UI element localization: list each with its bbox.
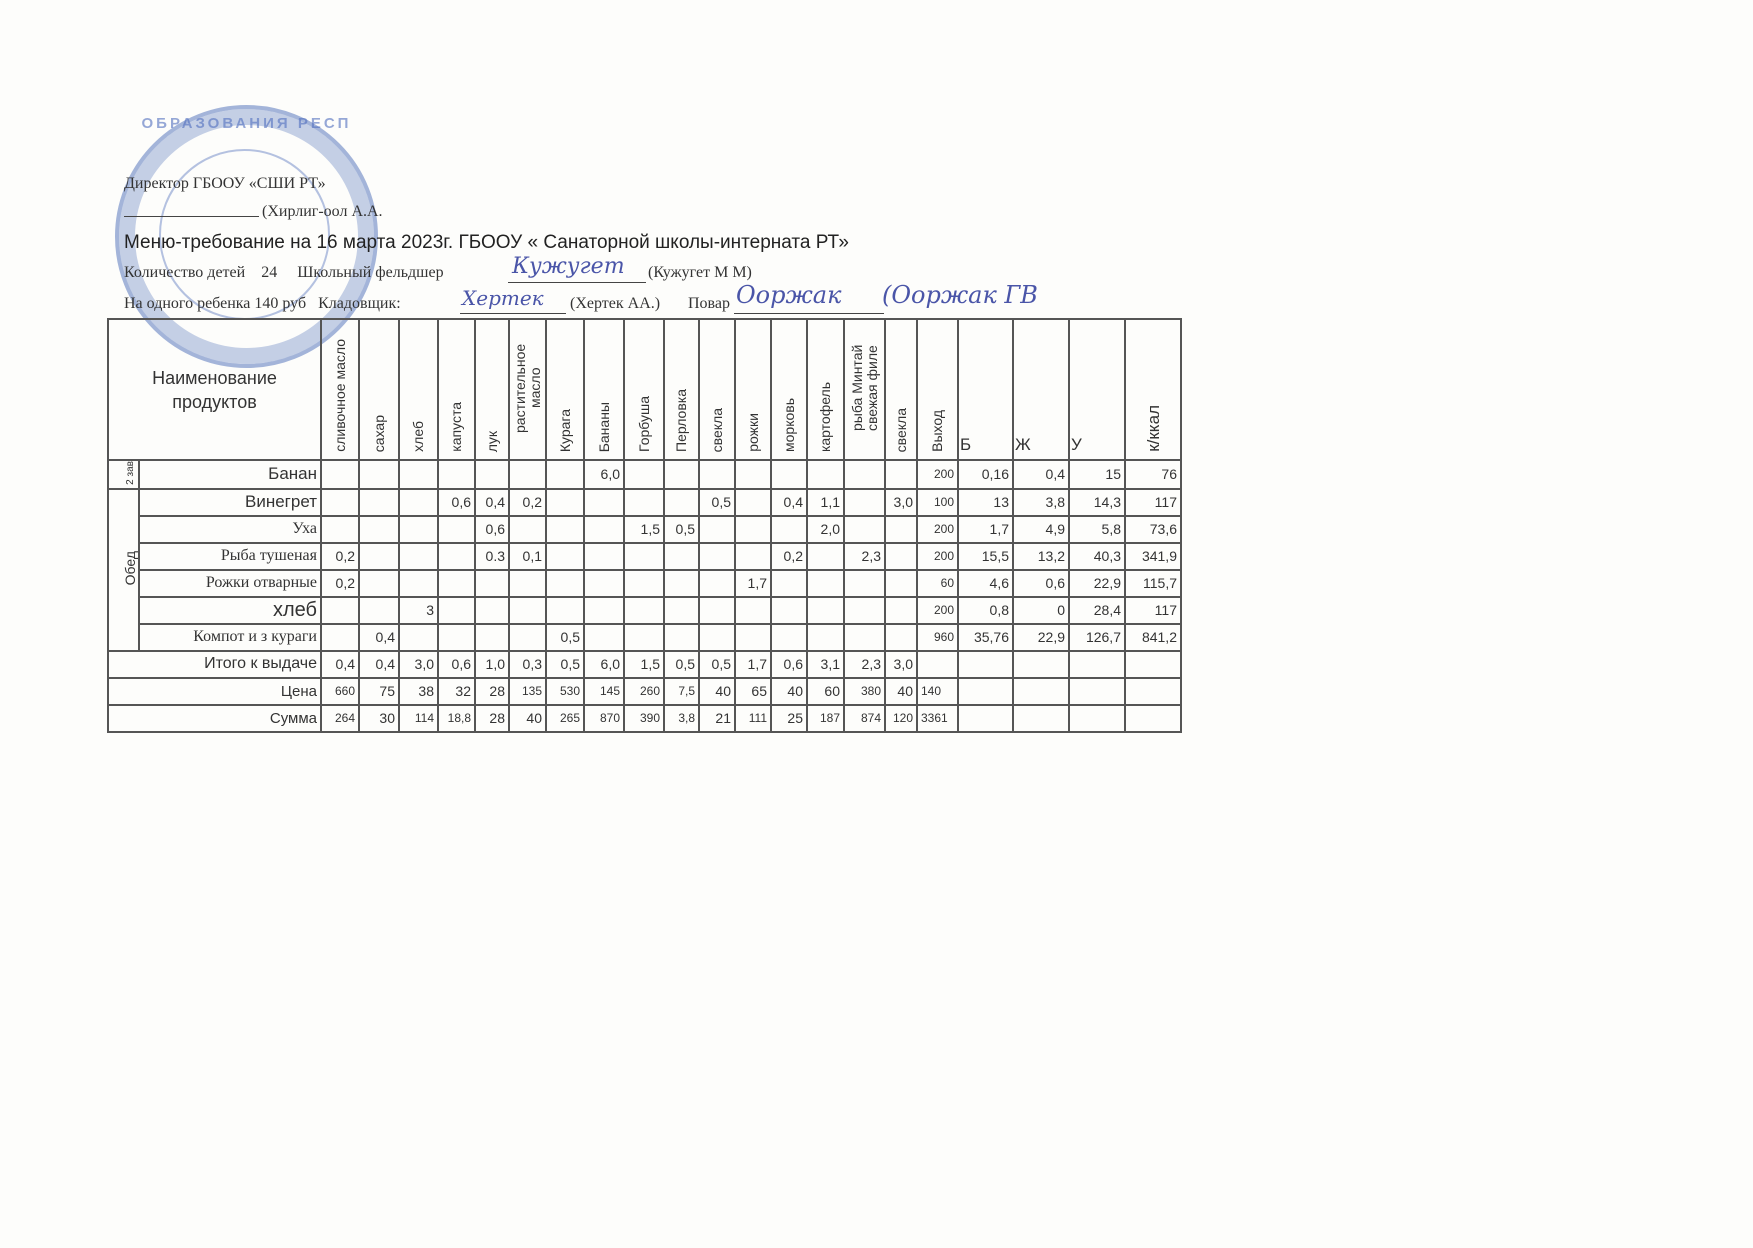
storekeeper-name: (Хертек АА.) xyxy=(570,295,660,313)
product-quantity: 1,5 xyxy=(624,516,664,543)
totals-value: 0,5 xyxy=(664,651,699,678)
medic-signature-line xyxy=(508,282,646,283)
empty-nutrient-cell xyxy=(1125,705,1181,732)
nutrient-value: 13 xyxy=(958,489,1013,516)
product-quantity xyxy=(624,624,664,651)
product-quantity xyxy=(584,489,624,516)
table-row: хлеб32000,8028,4117 xyxy=(108,597,1181,624)
totals-value: 0,3 xyxy=(509,651,546,678)
totals-value: 3,1 xyxy=(807,651,844,678)
product-quantity xyxy=(735,460,771,489)
product-quantity: 2,3 xyxy=(844,543,885,570)
product-quantity xyxy=(699,516,735,543)
table-row: 2 завБанан6,02000,160,41576 xyxy=(108,460,1181,489)
medic-label: Школьный фельдшер xyxy=(297,264,443,281)
product-quantity xyxy=(359,570,399,597)
product-quantity xyxy=(546,570,584,597)
dish-output: 200 xyxy=(917,543,958,570)
price-value: 380 xyxy=(844,678,885,705)
product-quantity xyxy=(438,624,475,651)
product-quantity: 3 xyxy=(399,597,438,624)
product-quantity xyxy=(885,516,917,543)
per-child-line: На одного ребенка 140 руб Кладовщик: xyxy=(124,295,401,313)
product-quantity xyxy=(807,543,844,570)
dish-output: 960 xyxy=(917,624,958,651)
product-quantity xyxy=(771,516,807,543)
product-quantity xyxy=(624,597,664,624)
empty-nutrient-cell xyxy=(1013,678,1069,705)
nutrient-value: 40,3 xyxy=(1069,543,1125,570)
product-quantity: 1,1 xyxy=(807,489,844,516)
document-title: Меню-требование на 16 марта 2023г. ГБООУ… xyxy=(124,232,849,254)
cook-name-handwritten: (Ооржак ГВ xyxy=(882,281,1038,309)
nutrient-value: 841,2 xyxy=(1125,624,1181,651)
totals-output xyxy=(917,651,958,678)
totals-value: 1,5 xyxy=(624,651,664,678)
product-quantity: 0,5 xyxy=(699,489,735,516)
dish-name: Винегрет xyxy=(139,489,321,516)
product-quantity xyxy=(584,597,624,624)
storekeeper-signature: Хертек xyxy=(462,286,544,310)
nutrient-value: 341,9 xyxy=(1125,543,1181,570)
price-value: 40 xyxy=(885,678,917,705)
storekeeper-label: Кладовщик: xyxy=(318,295,401,312)
product-column-header: сахар xyxy=(359,319,399,460)
product-quantity: 0,5 xyxy=(664,516,699,543)
totals-label: Итого к выдаче xyxy=(108,651,321,678)
director-signature-line xyxy=(124,216,259,217)
sum-value: 265 xyxy=(546,705,584,732)
output-column-label: Выход xyxy=(930,410,945,452)
product-quantity xyxy=(885,460,917,489)
product-quantity xyxy=(584,570,624,597)
sum-output: 3361 xyxy=(917,705,958,732)
dish-name: Компот и з кураги xyxy=(139,624,321,651)
cook-label: Повар xyxy=(688,295,730,313)
product-quantity: 0,2 xyxy=(771,543,807,570)
kcal-column-label: к/ккал xyxy=(1146,405,1161,452)
product-quantity: 0,4 xyxy=(475,489,509,516)
product-column-label: рыба Минтай свежая филе xyxy=(850,324,880,452)
product-quantity xyxy=(399,570,438,597)
product-quantity xyxy=(844,624,885,651)
product-column-header: хлеб xyxy=(399,319,438,460)
price-value: 38 xyxy=(399,678,438,705)
cook-signature: Ооржак xyxy=(736,281,841,309)
product-quantity xyxy=(735,543,771,570)
price-value: 28 xyxy=(475,678,509,705)
product-column-label: морковь xyxy=(782,398,797,452)
product-quantity: 0,2 xyxy=(321,570,359,597)
product-quantity xyxy=(475,460,509,489)
product-quantity xyxy=(475,570,509,597)
product-column-header: морковь xyxy=(771,319,807,460)
product-quantity xyxy=(735,597,771,624)
dish-name: хлеб xyxy=(139,597,321,624)
product-quantity xyxy=(546,489,584,516)
product-quantity xyxy=(699,543,735,570)
product-quantity xyxy=(807,597,844,624)
product-quantity xyxy=(359,489,399,516)
product-quantity: 0,1 xyxy=(509,543,546,570)
nutrient-value: 0,8 xyxy=(958,597,1013,624)
sum-value: 21 xyxy=(699,705,735,732)
nutrient-value: 0,6 xyxy=(1013,570,1069,597)
nutrient-value: 5,8 xyxy=(1069,516,1125,543)
per-child-cost: На одного ребенка 140 руб xyxy=(124,295,306,312)
product-quantity xyxy=(438,516,475,543)
product-quantity xyxy=(844,460,885,489)
product-column-label: капуста xyxy=(449,402,464,452)
director-name: (Хирлиг-оол А.А. xyxy=(262,203,383,221)
totals-value: 0,5 xyxy=(546,651,584,678)
product-quantity xyxy=(359,597,399,624)
product-quantity xyxy=(624,460,664,489)
totals-value: 3,0 xyxy=(885,651,917,678)
table-row: Компот и з кураги0,40,596035,7622,9126,7… xyxy=(108,624,1181,651)
product-quantity xyxy=(885,543,917,570)
totals-value: 2,3 xyxy=(844,651,885,678)
price-value: 65 xyxy=(735,678,771,705)
product-quantity xyxy=(735,624,771,651)
product-quantity xyxy=(844,570,885,597)
product-column-label: Курага xyxy=(558,409,573,452)
product-quantity xyxy=(321,624,359,651)
product-quantity xyxy=(664,624,699,651)
sum-label: Сумма xyxy=(108,705,321,732)
kcal-column-header: к/ккал xyxy=(1125,319,1181,460)
nutrient-value: 15,5 xyxy=(958,543,1013,570)
product-quantity xyxy=(475,597,509,624)
sum-value: 390 xyxy=(624,705,664,732)
totals-value: 0,5 xyxy=(699,651,735,678)
children-count: 24 xyxy=(261,264,277,281)
dish-name: Уха xyxy=(139,516,321,543)
product-column-label: растительное масло xyxy=(513,324,543,452)
nutrient-value: 13,2 xyxy=(1013,543,1069,570)
price-label: Цена xyxy=(108,678,321,705)
totals-value: 0,4 xyxy=(321,651,359,678)
price-output: 140 xyxy=(917,678,958,705)
product-quantity xyxy=(359,460,399,489)
product-column-label: лук xyxy=(485,431,500,452)
product-column-label: рожки xyxy=(746,413,761,452)
product-quantity: 0,6 xyxy=(438,489,475,516)
product-quantity xyxy=(771,597,807,624)
product-quantity xyxy=(624,543,664,570)
product-quantity xyxy=(664,489,699,516)
product-column-header: сливочное масло xyxy=(321,319,359,460)
nutrient-value: 0 xyxy=(1013,597,1069,624)
product-column-label: Перловка xyxy=(674,389,689,452)
product-quantity xyxy=(321,460,359,489)
dish-output: 60 xyxy=(917,570,958,597)
meal-group-label: Обед xyxy=(123,551,138,585)
sum-row: Сумма2643011418,828402658703903,82111125… xyxy=(108,705,1181,732)
table-header-row: Наименование продуктов сливочное маслоса… xyxy=(108,319,1181,460)
product-quantity xyxy=(509,624,546,651)
meal-group-cell: Обед xyxy=(108,489,139,651)
product-quantity xyxy=(735,489,771,516)
product-quantity: 0,2 xyxy=(509,489,546,516)
product-quantity xyxy=(624,489,664,516)
product-quantity xyxy=(438,543,475,570)
product-quantity xyxy=(359,543,399,570)
product-quantity xyxy=(399,460,438,489)
product-quantity xyxy=(699,460,735,489)
product-column-label: свекла xyxy=(710,408,725,452)
price-value: 40 xyxy=(699,678,735,705)
dish-output: 200 xyxy=(917,460,958,489)
product-quantity: 0,6 xyxy=(475,516,509,543)
product-quantity xyxy=(807,570,844,597)
sum-value: 28 xyxy=(475,705,509,732)
product-column-label: хлеб xyxy=(411,421,426,452)
product-quantity xyxy=(321,597,359,624)
sum-value: 25 xyxy=(771,705,807,732)
sum-value: 18,8 xyxy=(438,705,475,732)
product-quantity xyxy=(546,597,584,624)
nutrient-value: 15 xyxy=(1069,460,1125,489)
totals-value: 0,6 xyxy=(438,651,475,678)
children-label: Количество детей xyxy=(124,264,245,281)
product-column-header: лук xyxy=(475,319,509,460)
table-body: 2 завБанан6,02000,160,41576ОбедВинегрет0… xyxy=(108,460,1181,732)
empty-nutrient-cell xyxy=(958,705,1013,732)
product-column-label: картофель xyxy=(818,382,833,452)
empty-nutrient-cell xyxy=(958,651,1013,678)
product-quantity: 0,2 xyxy=(321,543,359,570)
totals-row: Итого к выдаче0,40,43,00,61,00,30,56,01,… xyxy=(108,651,1181,678)
empty-nutrient-cell xyxy=(958,678,1013,705)
nutrient-value: 0,16 xyxy=(958,460,1013,489)
product-column-header: рыба Минтай свежая филе xyxy=(844,319,885,460)
nutrient-value: 22,9 xyxy=(1069,570,1125,597)
meal-group-label: 2 зав xyxy=(123,461,138,485)
empty-nutrient-cell xyxy=(1069,651,1125,678)
product-quantity xyxy=(321,516,359,543)
dish-output: 100 xyxy=(917,489,958,516)
sum-value: 30 xyxy=(359,705,399,732)
product-quantity xyxy=(699,624,735,651)
product-quantity xyxy=(844,597,885,624)
nutrient-value: 3,8 xyxy=(1013,489,1069,516)
sum-value: 111 xyxy=(735,705,771,732)
sum-value: 874 xyxy=(844,705,885,732)
product-quantity xyxy=(807,460,844,489)
product-quantity xyxy=(399,489,438,516)
product-column-header: свекла xyxy=(885,319,917,460)
product-quantity xyxy=(771,624,807,651)
price-value: 260 xyxy=(624,678,664,705)
product-quantity xyxy=(321,489,359,516)
nutrient-value: 1,7 xyxy=(958,516,1013,543)
storekeeper-signature-line xyxy=(460,313,566,314)
table-row: Рыба тушеная0,20.30,10,22,320015,513,240… xyxy=(108,543,1181,570)
totals-value: 1,0 xyxy=(475,651,509,678)
product-quantity xyxy=(546,516,584,543)
medic-signature: Кужугет xyxy=(512,254,625,279)
product-quantity: 6,0 xyxy=(584,460,624,489)
product-column-label: сахар xyxy=(372,415,387,452)
product-quantity xyxy=(546,460,584,489)
name-column-header: Наименование продуктов xyxy=(108,319,321,460)
product-quantity xyxy=(885,597,917,624)
price-value: 145 xyxy=(584,678,624,705)
empty-nutrient-cell xyxy=(1125,678,1181,705)
director-line: Директор ГБООУ «СШИ РТ» xyxy=(124,175,326,193)
product-column-header: свекла xyxy=(699,319,735,460)
product-quantity xyxy=(399,624,438,651)
empty-nutrient-cell xyxy=(1013,651,1069,678)
empty-nutrient-cell xyxy=(1125,651,1181,678)
cook-signature-line xyxy=(734,313,884,314)
product-column-header: Курага xyxy=(546,319,584,460)
sum-value: 40 xyxy=(509,705,546,732)
sum-value: 120 xyxy=(885,705,917,732)
dish-name: Рожки отварные xyxy=(139,570,321,597)
dish-name: Рыба тушеная xyxy=(139,543,321,570)
product-column-header: растительное масло xyxy=(509,319,546,460)
nutrient-column-header: У xyxy=(1069,319,1125,460)
price-value: 32 xyxy=(438,678,475,705)
nutrient-column-header: Ж xyxy=(1013,319,1069,460)
product-quantity xyxy=(735,516,771,543)
product-quantity xyxy=(509,516,546,543)
nutrient-value: 28,4 xyxy=(1069,597,1125,624)
product-column-header: картофель xyxy=(807,319,844,460)
product-quantity xyxy=(885,624,917,651)
nutrient-column-header: Б xyxy=(958,319,1013,460)
nutrient-value: 4,9 xyxy=(1013,516,1069,543)
product-quantity xyxy=(624,570,664,597)
sum-value: 114 xyxy=(399,705,438,732)
price-value: 530 xyxy=(546,678,584,705)
product-quantity xyxy=(771,460,807,489)
product-quantity: 0.3 xyxy=(475,543,509,570)
nutrient-value: 126,7 xyxy=(1069,624,1125,651)
empty-nutrient-cell xyxy=(1069,705,1125,732)
totals-value: 6,0 xyxy=(584,651,624,678)
menu-requirement-table: Наименование продуктов сливочное маслоса… xyxy=(107,318,1182,733)
nutrient-value: 117 xyxy=(1125,489,1181,516)
table-row: ОбедВинегрет0,60,40,20,50,41,13,0100133,… xyxy=(108,489,1181,516)
empty-nutrient-cell xyxy=(1013,705,1069,732)
nutrient-value: 76 xyxy=(1125,460,1181,489)
price-value: 75 xyxy=(359,678,399,705)
nutrient-value: 4,6 xyxy=(958,570,1013,597)
nutrient-value: 117 xyxy=(1125,597,1181,624)
product-quantity xyxy=(584,543,624,570)
product-quantity xyxy=(699,570,735,597)
product-quantity xyxy=(807,624,844,651)
product-quantity xyxy=(584,624,624,651)
price-value: 135 xyxy=(509,678,546,705)
product-quantity xyxy=(844,516,885,543)
sum-value: 3,8 xyxy=(664,705,699,732)
product-quantity xyxy=(546,543,584,570)
price-value: 7,5 xyxy=(664,678,699,705)
product-quantity xyxy=(509,570,546,597)
product-column-label: сливочное масло xyxy=(333,339,348,452)
product-column-label: Горбуша xyxy=(637,396,652,452)
sum-value: 870 xyxy=(584,705,624,732)
sum-value: 187 xyxy=(807,705,844,732)
product-quantity xyxy=(509,597,546,624)
totals-value: 0,6 xyxy=(771,651,807,678)
nutrient-value: 73,6 xyxy=(1125,516,1181,543)
product-quantity: 0,5 xyxy=(546,624,584,651)
totals-value: 1,7 xyxy=(735,651,771,678)
product-quantity: 2,0 xyxy=(807,516,844,543)
table-row: Рожки отварные0,21,7604,60,622,9115,7 xyxy=(108,570,1181,597)
product-quantity xyxy=(584,516,624,543)
product-quantity xyxy=(438,597,475,624)
product-quantity xyxy=(885,570,917,597)
price-value: 40 xyxy=(771,678,807,705)
price-value: 60 xyxy=(807,678,844,705)
product-quantity: 1,7 xyxy=(735,570,771,597)
product-quantity: 0,4 xyxy=(359,624,399,651)
product-quantity xyxy=(399,516,438,543)
product-column-label: Бананы xyxy=(597,402,612,452)
product-column-header: Горбуша xyxy=(624,319,664,460)
product-quantity xyxy=(844,489,885,516)
product-quantity xyxy=(399,543,438,570)
product-column-label: свекла xyxy=(894,408,909,452)
children-count-line: Количество детей 24 Школьный фельдшер xyxy=(124,264,444,282)
meal-group-cell: 2 зав xyxy=(108,460,139,489)
product-quantity xyxy=(664,597,699,624)
product-quantity xyxy=(664,460,699,489)
product-quantity xyxy=(664,570,699,597)
stamp-text: ОБРАЗОВАНИЯ РЕСП xyxy=(119,115,374,132)
product-quantity xyxy=(699,597,735,624)
product-quantity: 0,4 xyxy=(771,489,807,516)
totals-value: 3,0 xyxy=(399,651,438,678)
dish-output: 200 xyxy=(917,597,958,624)
product-quantity xyxy=(664,543,699,570)
nutrient-value: 115,7 xyxy=(1125,570,1181,597)
nutrient-value: 22,9 xyxy=(1013,624,1069,651)
product-quantity xyxy=(475,624,509,651)
product-quantity xyxy=(438,460,475,489)
product-quantity: 3,0 xyxy=(885,489,917,516)
product-quantity xyxy=(359,516,399,543)
table-row: Уха0,61,50,52,02001,74,95,873,6 xyxy=(108,516,1181,543)
dish-name: Банан xyxy=(139,460,321,489)
totals-value: 0,4 xyxy=(359,651,399,678)
nutrient-value: 35,76 xyxy=(958,624,1013,651)
product-column-header: капуста xyxy=(438,319,475,460)
product-quantity xyxy=(771,570,807,597)
price-value: 660 xyxy=(321,678,359,705)
empty-nutrient-cell xyxy=(1069,678,1125,705)
product-column-header: Бананы xyxy=(584,319,624,460)
nutrient-value: 0,4 xyxy=(1013,460,1069,489)
output-column-header: Выход xyxy=(917,319,958,460)
sum-value: 264 xyxy=(321,705,359,732)
nutrient-value: 14,3 xyxy=(1069,489,1125,516)
price-row: Цена660753832281355301452607,54065406038… xyxy=(108,678,1181,705)
product-column-header: Перловка xyxy=(664,319,699,460)
product-quantity xyxy=(438,570,475,597)
product-column-header: рожки xyxy=(735,319,771,460)
medic-name: (Кужугет М М) xyxy=(648,264,752,282)
dish-output: 200 xyxy=(917,516,958,543)
product-quantity xyxy=(509,460,546,489)
